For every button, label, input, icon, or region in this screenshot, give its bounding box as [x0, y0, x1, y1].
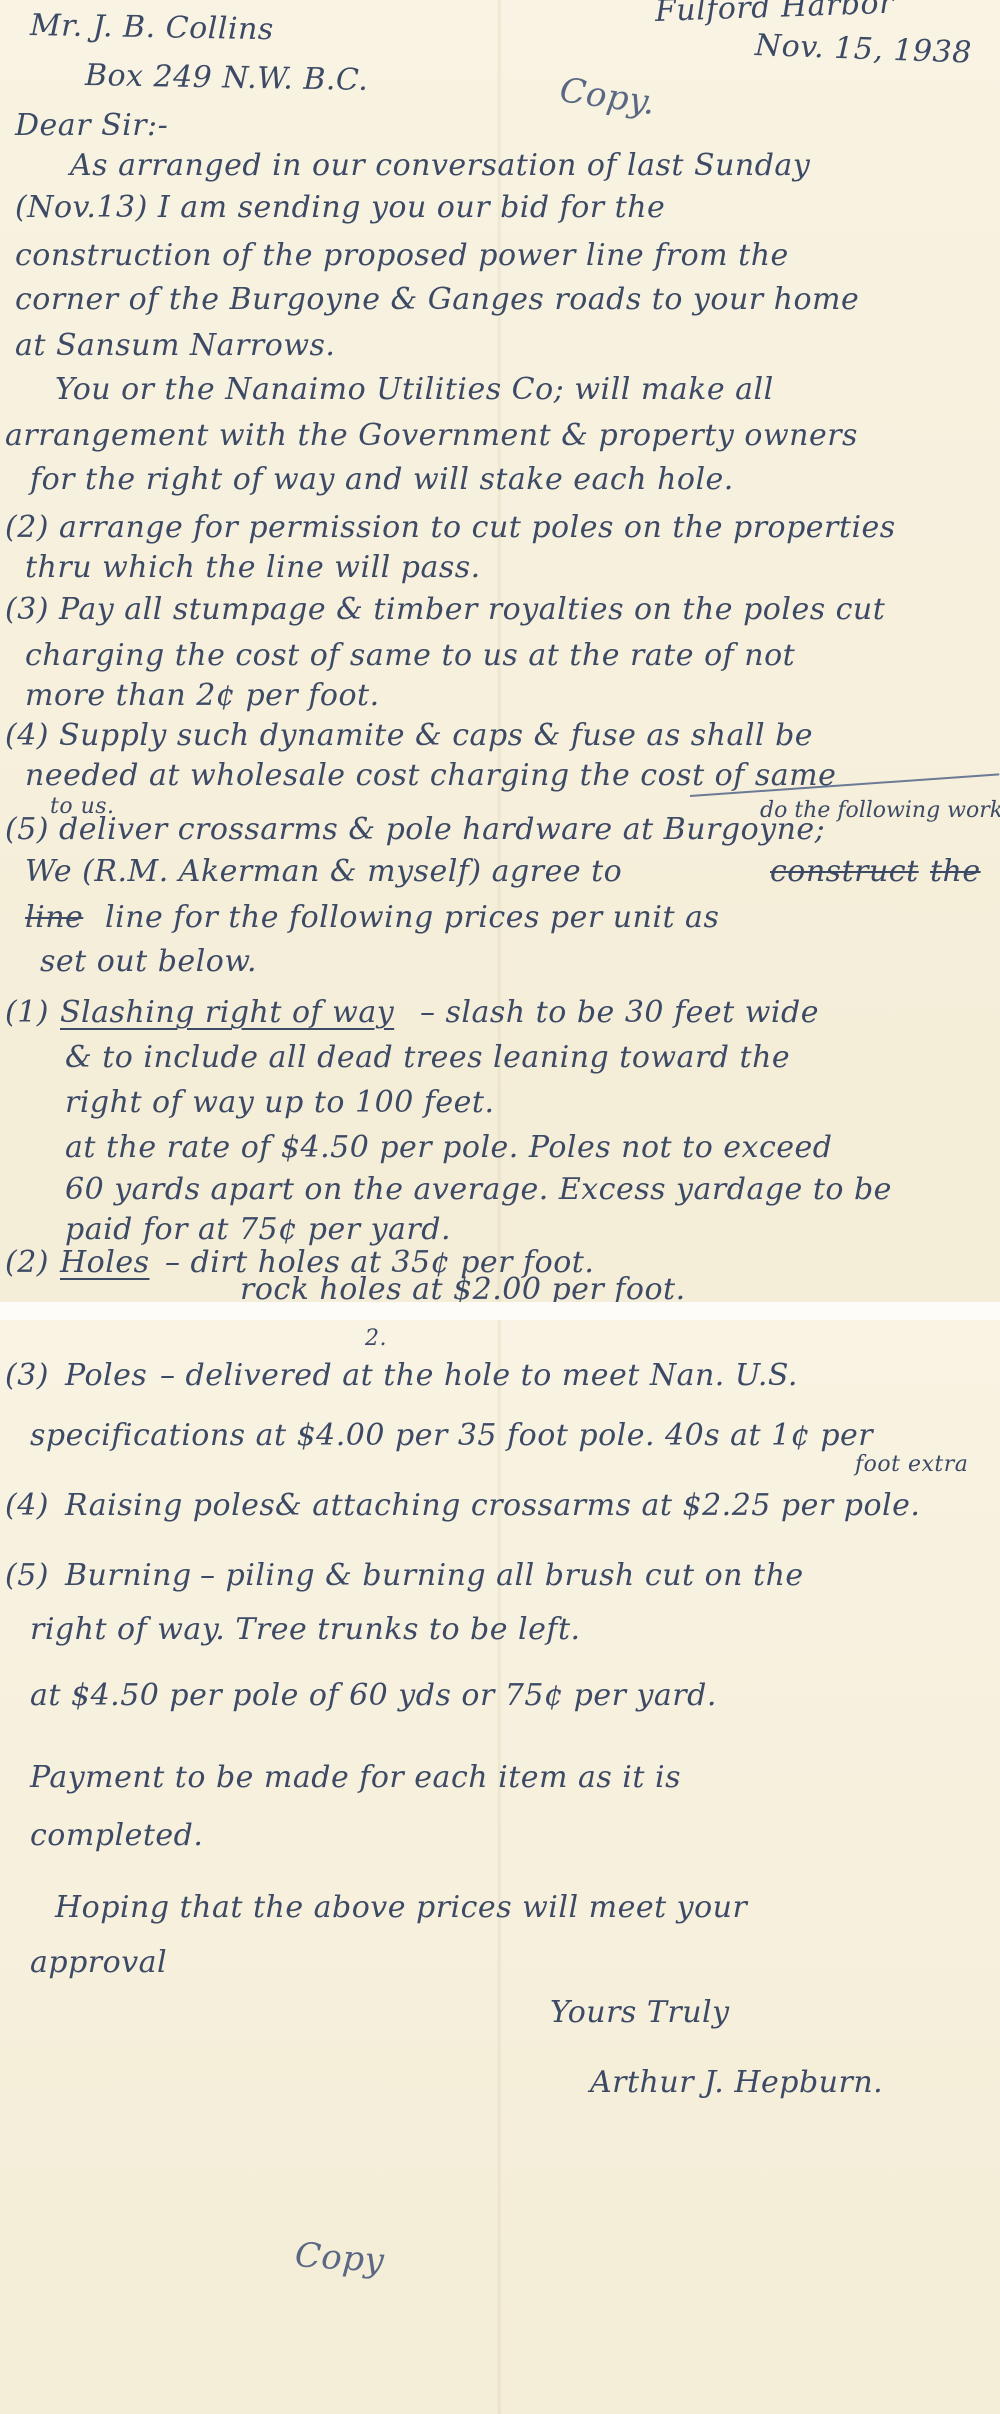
page-separator: [0, 1302, 1000, 1320]
body-line: for the right of way and will stake each…: [30, 462, 734, 497]
item-line: – delivered at the hole to meet Nan. U.S…: [160, 1358, 798, 1393]
struck-word: the: [930, 854, 981, 889]
item-line: right of way. Tree trunks to be left.: [30, 1612, 581, 1647]
struck-word: line: [25, 900, 83, 935]
body-line: construction of the proposed power line …: [15, 238, 789, 273]
body-line: more than 2¢ per foot.: [25, 678, 380, 713]
item-number: (1): [5, 995, 49, 1030]
item-line: foot extra: [855, 1452, 968, 1477]
item-line: at the rate of $4.50 per pole. Poles not…: [65, 1130, 833, 1165]
item-line: 60 yards apart on the average. Excess ya…: [65, 1172, 892, 1207]
item-line: & attaching crossarms at $2.25 per pole.: [275, 1488, 920, 1523]
body-line: (5) deliver crossarms & pole hardware at…: [5, 812, 825, 847]
body-line: corner of the Burgoyne & Ganges roads to…: [15, 282, 859, 317]
letter-place: Fulford Harbor: [654, 0, 894, 29]
salutation: Dear Sir:-: [15, 108, 168, 143]
signature: Arthur J. Hepburn.: [590, 2065, 883, 2100]
copy-mark-top: Copy.: [557, 70, 658, 123]
body-line: charging the cost of same to us at the r…: [25, 638, 795, 673]
item-line: paid for at 75¢ per yard.: [65, 1212, 451, 1247]
body-line: needed at wholesale cost charging the co…: [25, 758, 836, 793]
item-line: – slash to be 30 feet wide: [420, 995, 819, 1030]
item-line: specifications at $4.00 per 35 foot pole…: [30, 1418, 873, 1453]
payment-line: completed.: [30, 1818, 203, 1853]
body-line: As arranged in our conversation of last …: [70, 148, 810, 183]
insertion-text: do the following work: [760, 798, 1000, 823]
item-title: Slashing right of way: [60, 995, 394, 1030]
item-title: Burning: [65, 1558, 192, 1593]
body-line: (3) Pay all stumpage & timber royalties …: [5, 592, 885, 627]
body-line: (2) arrange for permission to cut poles …: [5, 510, 896, 545]
item-line: at $4.50 per pole of 60 yds or 75¢ per y…: [30, 1678, 717, 1713]
body-line: line for the following prices per unit a…: [105, 900, 719, 935]
item-number: (4): [5, 1488, 49, 1523]
item-title: Poles: [65, 1358, 147, 1393]
body-line: at Sansum Narrows.: [15, 328, 335, 363]
item-number: (2): [5, 1245, 49, 1280]
letter-page-2: 2. (3) Poles – delivered at the hole to …: [0, 1320, 1000, 2414]
item-line: right of way up to 100 feet.: [65, 1085, 495, 1120]
body-line: (4) Supply such dynamite & caps & fuse a…: [5, 718, 813, 753]
closing-line: approval: [30, 1945, 167, 1980]
item-number: (5): [5, 1558, 49, 1593]
body-line: You or the Nanaimo Utilities Co; will ma…: [55, 372, 774, 407]
item-title: Raising poles: [65, 1488, 275, 1523]
item-line: & to include all dead trees leaning towa…: [65, 1040, 790, 1075]
recipient-address: Box 249 N.W. B.C.: [85, 58, 369, 98]
letter-page-1: Mr. J. B. Collins Fulford Harbor Nov. 15…: [0, 0, 1000, 1302]
copy-mark-bottom: Copy: [294, 2235, 386, 2281]
body-line: set out below.: [40, 944, 257, 979]
recipient-name: Mr. J. B. Collins: [30, 8, 274, 47]
closing-line: Hoping that the above prices will meet y…: [55, 1890, 747, 1925]
payment-line: Payment to be made for each item as it i…: [30, 1760, 681, 1795]
letter-date: Nov. 15, 1938: [754, 28, 972, 71]
valediction: Yours Truly: [550, 1995, 730, 2030]
body-line: (Nov.13) I am sending you our bid for th…: [15, 190, 665, 225]
item-number: (3): [5, 1358, 49, 1393]
item-line: rock holes at $2.00 per foot.: [240, 1272, 686, 1302]
body-line: We (R.M. Akerman & myself) agree to: [25, 854, 622, 889]
body-line: arrangement with the Government & proper…: [5, 418, 858, 453]
struck-word: construct: [770, 854, 919, 889]
item-title: Holes: [60, 1245, 149, 1280]
body-line: thru which the line will pass.: [25, 550, 481, 585]
item-line: – piling & burning all brush cut on the: [200, 1558, 804, 1593]
page-number: 2.: [365, 1326, 387, 1351]
